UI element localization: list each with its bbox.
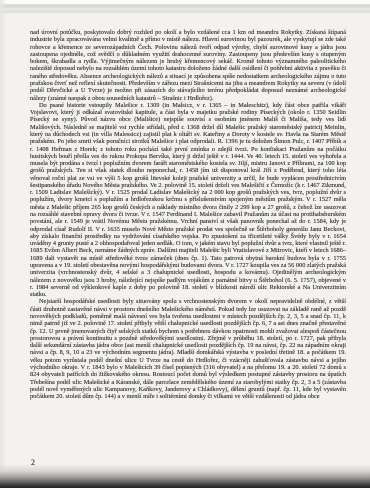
paragraph-written-history: Do psané historie vstoupily Malešice r. … — [30, 102, 346, 299]
scan-edge-top-band — [0, 4, 370, 14]
scan-edge-bottom-shadow — [0, 464, 370, 488]
paragraph-archaeology: nad úrovní potůčku, poskytovalo dobrý ro… — [30, 29, 346, 102]
scan-edge-left-shadow — [0, 0, 7, 488]
text-block: nad úrovní potůčku, poskytovalo dobrý ro… — [30, 29, 346, 400]
paragraph-homesteads: Nejstarší hospodářské usedlosti byly sit… — [30, 298, 346, 400]
